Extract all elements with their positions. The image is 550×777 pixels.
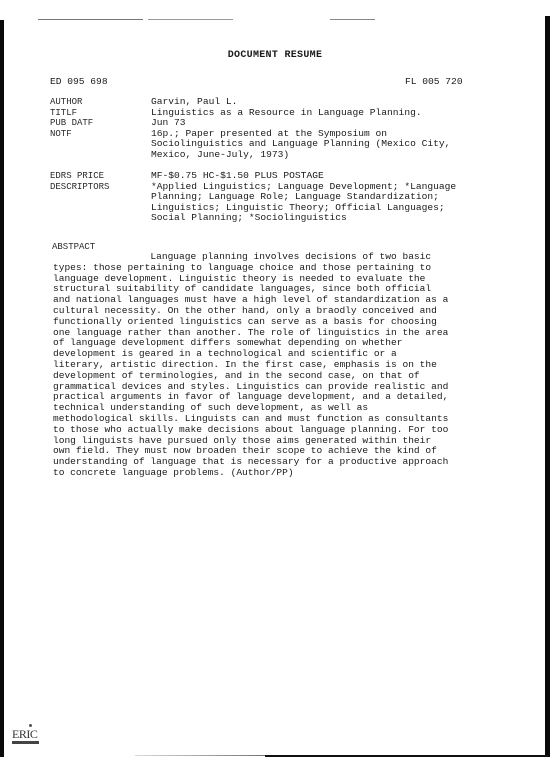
abstract-line: to concrete language problems. (Author/P… bbox=[53, 468, 543, 479]
document-heading: DOCUMENT RESUME bbox=[0, 50, 550, 61]
field-label-pub-date: PUB DATF bbox=[50, 118, 93, 129]
abstract-body: Language planning involves decisions of … bbox=[53, 252, 543, 479]
field-label-descriptors: DESCRIPTORS bbox=[50, 182, 109, 193]
scan-border-right bbox=[545, 16, 550, 757]
field-label-edrs-price: EDRS PRICE bbox=[50, 171, 104, 182]
field-label-author: AUTHOR bbox=[50, 97, 82, 108]
field-value-note-line: Mexico, June-July, 1973) bbox=[151, 150, 541, 161]
scan-border-bottom-faint bbox=[135, 755, 265, 756]
field-value-author: Garvin, Paul L. bbox=[151, 97, 541, 108]
document-page: DOCUMENT RESUME ED 095 698 FL 005 720 AU… bbox=[0, 0, 550, 777]
eric-logo-text: ERIC bbox=[12, 727, 37, 742]
field-value-edrs-price: MF-$0.75 HC-$1.50 PLUS POSTAGE bbox=[151, 171, 541, 182]
scan-border-bottom bbox=[265, 755, 548, 757]
scan-top-rule bbox=[330, 19, 375, 20]
abstract-line: types: those pertaining to language choi… bbox=[53, 263, 543, 274]
abstract-line: to those who actually make decisions abo… bbox=[53, 425, 543, 436]
abstract-line: development of terminologies, and in the… bbox=[53, 371, 543, 382]
eric-logo-bar bbox=[12, 741, 39, 744]
field-label-title: TITLF bbox=[50, 108, 77, 119]
eric-logo-icon: ERIC bbox=[12, 724, 40, 746]
field-value-title: Linguistics as a Resource in Language Pl… bbox=[151, 108, 541, 119]
fl-number: FL 005 720 bbox=[405, 77, 463, 88]
scan-top-rule bbox=[148, 19, 233, 20]
scan-border-left bbox=[0, 20, 4, 757]
abstract-line: functionally oriented linguistics can se… bbox=[53, 317, 543, 328]
field-value-descriptors-line: Social Planning; *Sociolinguistics bbox=[151, 213, 541, 224]
scan-top-rule bbox=[38, 19, 143, 20]
field-label-note: NOTF bbox=[50, 129, 72, 140]
ed-number: ED 095 698 bbox=[50, 77, 108, 88]
